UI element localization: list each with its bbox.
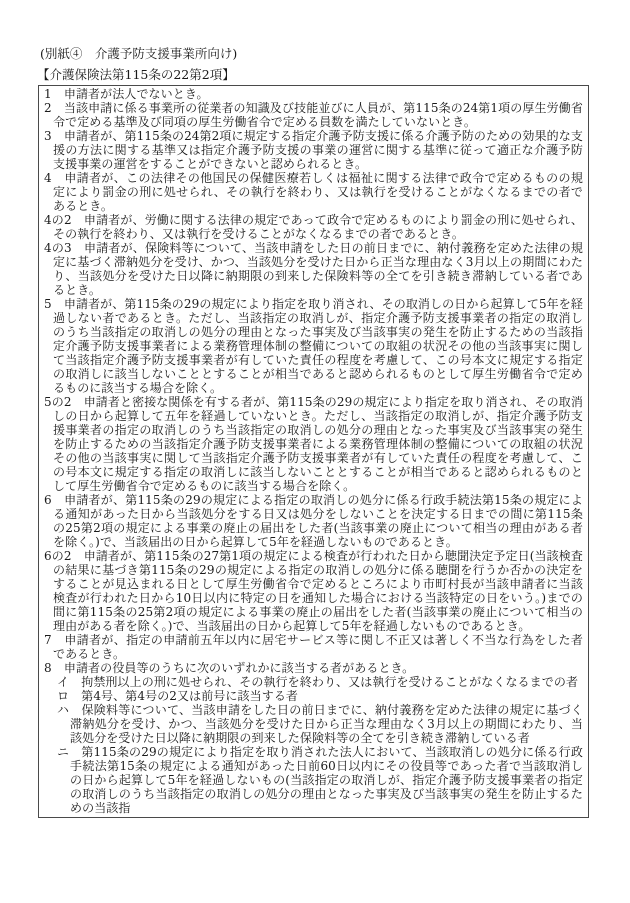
provision-item-text: 申請者の役員等のうちに次のいずれかに該当する者があるとき。 [64, 661, 414, 675]
provision-item-text: 申請者が、第115条の27第1項の規定による検査が行われた日から聴聞決定予定日(… [53, 549, 583, 633]
provision-subitem-number: ロ [57, 689, 69, 703]
provision-item-number: 2 [44, 101, 52, 115]
document-page: (別紙④ 介護予防支援事業所向け) 【介護保険法第115条の22第2項】 1 申… [0, 0, 630, 903]
provision-subitem: ニ 第115条の29の規定により指定を取り消された法人において、当該取消しの処分… [44, 745, 583, 815]
provision-subitem-number: イ [57, 675, 69, 689]
page-title: 【介護保険法第115条の22第2項】 [37, 67, 235, 83]
provision-item: 2 当該申請に係る事業所の従業者の知識及び技能並びに人員が、第115条の24第1… [44, 101, 583, 129]
provision-item-number: 4の2 [44, 213, 72, 227]
provision-subitem: イ 拘禁刑以上の刑に処せられ、その執行を終わり、又は執行を受けることがなくなるま… [44, 675, 583, 689]
provision-item: 7 申請者が、指定の申請前五年以内に居宅サービス等に関し不正又は著しく不当な行為… [44, 633, 583, 661]
provision-item-number: 5 [44, 297, 52, 311]
provision-item-text: 申請者が、第115条の24第2項に規定する指定介護予防支援に係る介護予防のための… [53, 129, 583, 171]
provision-item-number: 1 [44, 87, 52, 101]
provision-item-number: 5の2 [44, 395, 72, 409]
provision-item-number: 6の2 [44, 549, 72, 563]
provision-item-text: 申請者と密接な関係を有する者が、第115条の29の規定により指定を取り消され、そ… [53, 395, 583, 493]
provision-subitem-number: ハ [57, 703, 69, 717]
provision-item: 1 申請者が法人でないとき。 [44, 87, 583, 101]
provision-item: 5 申請者が、第115条の29の規定により指定を取り消され、その取消しの日から起… [44, 297, 583, 395]
provision-item-text: 申請者が、指定の申請前五年以内に居宅サービス等に関し不正又は著しく不当な行為をし… [53, 633, 583, 661]
provision-item: 4の2 申請者が、労働に関する法律の規定であって政令で定めるものにより罰金の刑に… [44, 213, 583, 241]
provision-item: 4 申請者が、この法律その他国民の保健医療若しくは福祉に関する法律で政令で定める… [44, 171, 583, 213]
provision-subitem-text: 第115条の29の規定により指定を取り消された法人において、当該取消しの処分に係… [70, 745, 583, 815]
provision-item-number: 7 [44, 633, 52, 647]
provision-item: 5の2 申請者と密接な関係を有する者が、第115条の29の規定により指定を取り消… [44, 395, 583, 493]
provision-item-text: 申請者が、保険料等について、当該申請をした日の前日までに、納付義務を定めた法律の… [53, 241, 583, 297]
provision-subitem-text: 第4号、第4号の2又は前号に該当する者 [81, 689, 298, 703]
provision-item-number: 6 [44, 493, 52, 507]
provision-item-text: 申請者が、この法律その他国民の保健医療若しくは福祉に関する法律で政令で定めるもの… [53, 171, 583, 213]
attachment-note: (別紙④ 介護予防支援事業所向け) [40, 46, 237, 62]
provision-item-text: 申請者が、第115条の29の規定による指定の取消しの処分に係る行政手続法第15条… [53, 493, 583, 549]
provision-item-text: 当該申請に係る事業所の従業者の知識及び技能並びに人員が、第115条の24第1項の… [53, 101, 583, 129]
provision-item-number: 8 [44, 661, 52, 675]
provision-item-number: 4の3 [44, 241, 72, 255]
provision-item-text: 申請者が法人でないとき。 [64, 87, 209, 101]
provision-item: 6 申請者が、第115条の29の規定による指定の取消しの処分に係る行政手続法第1… [44, 493, 583, 549]
provision-item: 3 申請者が、第115条の24第2項に規定する指定介護予防支援に係る介護予防のた… [44, 129, 583, 171]
provision-item: 6の2 申請者が、第115条の27第1項の規定による検査が行われた日から聴聞決定… [44, 549, 583, 633]
provision-subitem: ハ 保険料等について、当該申請をした日の前日までに、納付義務を定めた法律の規定に… [44, 703, 583, 745]
provision-item-number: 3 [44, 129, 52, 143]
provision-item: 8 申請者の役員等のうちに次のいずれかに該当する者があるとき。 [44, 661, 583, 675]
provision-item: 4の3 申請者が、保険料等について、当該申請をした日の前日までに、納付義務を定め… [44, 241, 583, 297]
provisions-box: 1 申請者が法人でないとき。2 当該申請に係る事業所の従業者の知識及び技能並びに… [38, 85, 589, 818]
provision-item-text: 申請者が、第115条の29の規定により指定を取り消され、その取消しの日から起算し… [53, 297, 583, 395]
provision-item-number: 4 [44, 171, 52, 185]
provision-subitem-number: ニ [57, 745, 69, 759]
provision-subitem: ロ 第4号、第4号の2又は前号に該当する者 [44, 689, 583, 703]
provision-subitem-text: 拘禁刑以上の刑に処せられ、その執行を終わり、又は執行を受けることがなくなるまでの… [81, 675, 578, 689]
provision-subitem-text: 保険料等について、当該申請をした日の前日までに、納付義務を定めた法律の規定に基づ… [70, 703, 583, 745]
provision-item-text: 申請者が、労働に関する法律の規定であって政令で定めるものにより罰金の刑に処せられ… [53, 213, 583, 241]
